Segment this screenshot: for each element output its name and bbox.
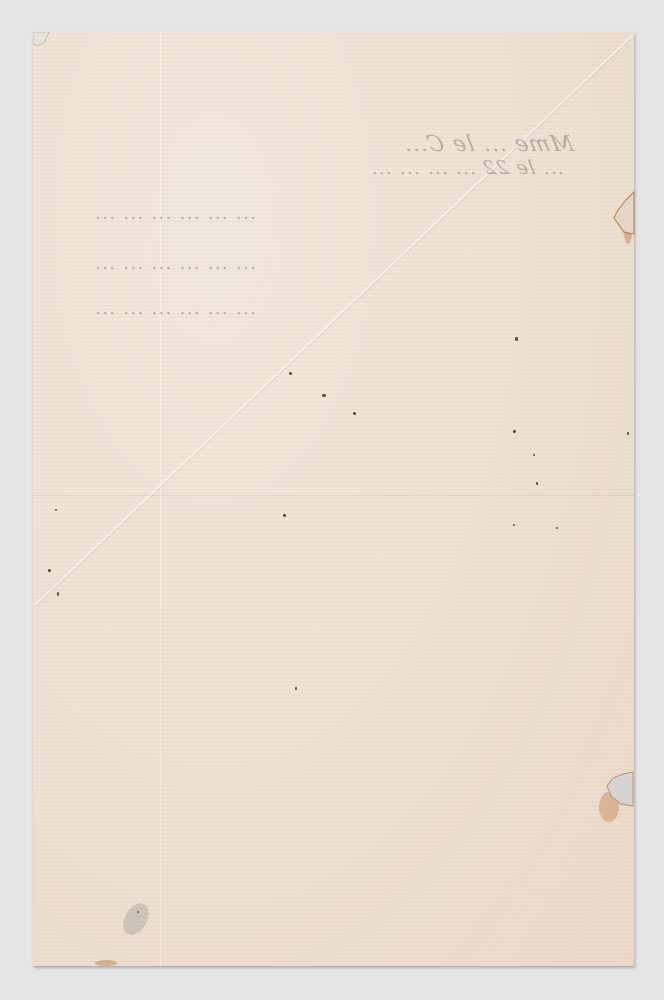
edge-tear-right-lower [603,770,635,810]
edge-tear-right-upper [608,190,636,240]
paper-sheet: Mme ... le C... ... le 22 ... ... ... ..… [33,32,634,966]
ink-speck [627,432,629,435]
bleed-through-line-3: ... ... ... ... ... ... [91,202,258,224]
ink-speck [515,337,518,341]
ink-speck [55,509,57,511]
ink-speck [556,527,558,529]
bleed-through-line-4: ... ... ... ... ... ... [91,252,258,274]
bleed-through-line-2: ... le 22 ... ... ... ... [91,157,566,179]
bleed-through-line-5: ... ... ... ... ... ... [91,297,258,319]
ink-speck [289,372,292,375]
bleed-through-line-1: Mme ... le C... [400,132,576,157]
ink-speck [513,524,515,526]
ink-speck [322,394,326,397]
ink-speck [283,514,286,517]
ink-speck [536,482,538,485]
ink-speck [513,430,516,433]
foxing-stain [95,960,117,966]
ink-speck [48,569,51,572]
ink-speck [295,687,297,690]
ink-speck [353,412,356,415]
ink-speck [533,454,535,456]
ink-speck [57,592,59,596]
torn-corner-top-left [33,32,51,48]
